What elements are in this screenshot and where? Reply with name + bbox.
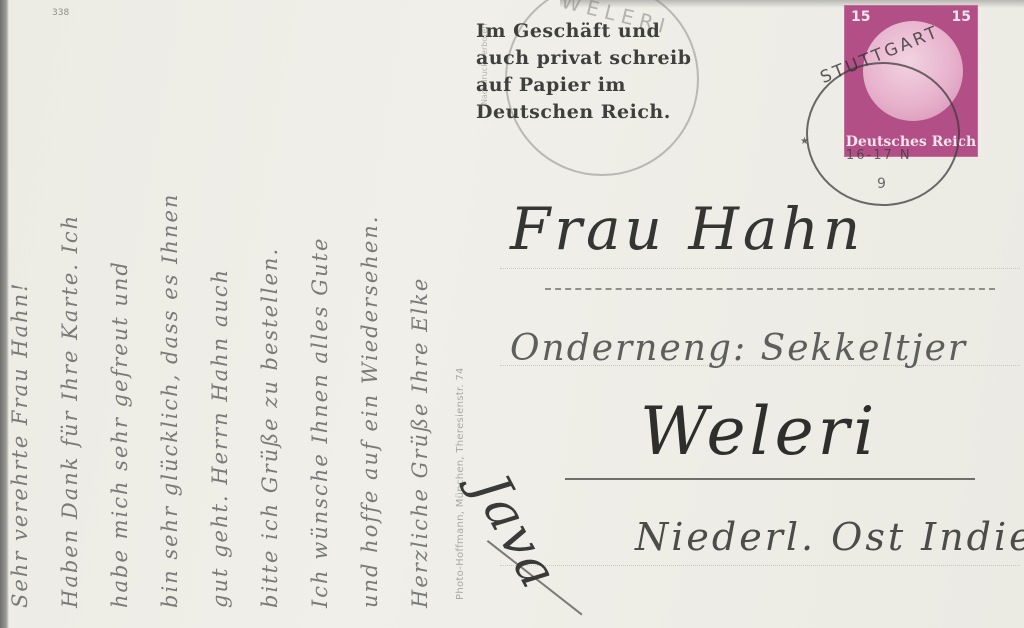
message-line: Sehr verehrte Frau Hahn! — [8, 281, 32, 608]
slogan-line: Deutschen Reich. — [476, 99, 766, 126]
message-line: bitte ich Grüße zu bestellen. — [258, 247, 282, 608]
message-line: und hoffe auf ein Wiedersehen. — [358, 215, 382, 608]
city-underline — [565, 478, 975, 480]
recipient-name: Frau Hahn — [510, 195, 864, 263]
message-line: habe mich sehr gefreut und — [108, 260, 132, 608]
slogan-line: Im Geschäft und — [476, 18, 766, 45]
recipient-region: Niederl. Ost Indien — [635, 515, 1024, 559]
slogan-line: auf Papier im — [476, 72, 766, 99]
message-line: Haben Dank für Ihre Karte. Ich — [58, 214, 82, 608]
recipient-city: Weleri — [640, 393, 878, 470]
handwritten-message: Sehr verehrte Frau Hahn! Haben Dank für … — [0, 0, 470, 628]
stamp-value-right: 15 — [952, 9, 971, 25]
slogan-cancellation: Im Geschäft und auch privat schreib auf … — [476, 18, 766, 126]
publisher-imprint: Photo-Hoffmann, München, Theresienstr. 7… — [455, 367, 466, 600]
recipient-estate: Onderneng: Sekkeltjer — [510, 328, 967, 369]
postmark-time: 16-17 N — [846, 148, 912, 163]
slogan-line: auch privat schreib — [476, 45, 766, 72]
postmark-star-icon: ★ — [800, 136, 809, 147]
message-line: Herzliche Grüße Ihre Elke — [408, 277, 432, 608]
message-line: gut geht. Herrn Hahn auch — [208, 268, 232, 608]
postcard: 338 Sehr verehrte Frau Hahn! Haben Dank … — [0, 0, 1024, 628]
recipient-island: Java — [460, 465, 569, 599]
message-line: Ich wünsche Ihnen alles Gute — [308, 237, 332, 608]
address-guide-line — [500, 565, 1020, 566]
stamp-value-left: 15 — [851, 9, 870, 25]
message-line: bin sehr glücklich, dass es Ihnen — [158, 193, 182, 608]
address-guide-line — [500, 268, 1020, 269]
postmark-number: 9 — [877, 176, 886, 192]
dashed-underline — [545, 288, 995, 290]
